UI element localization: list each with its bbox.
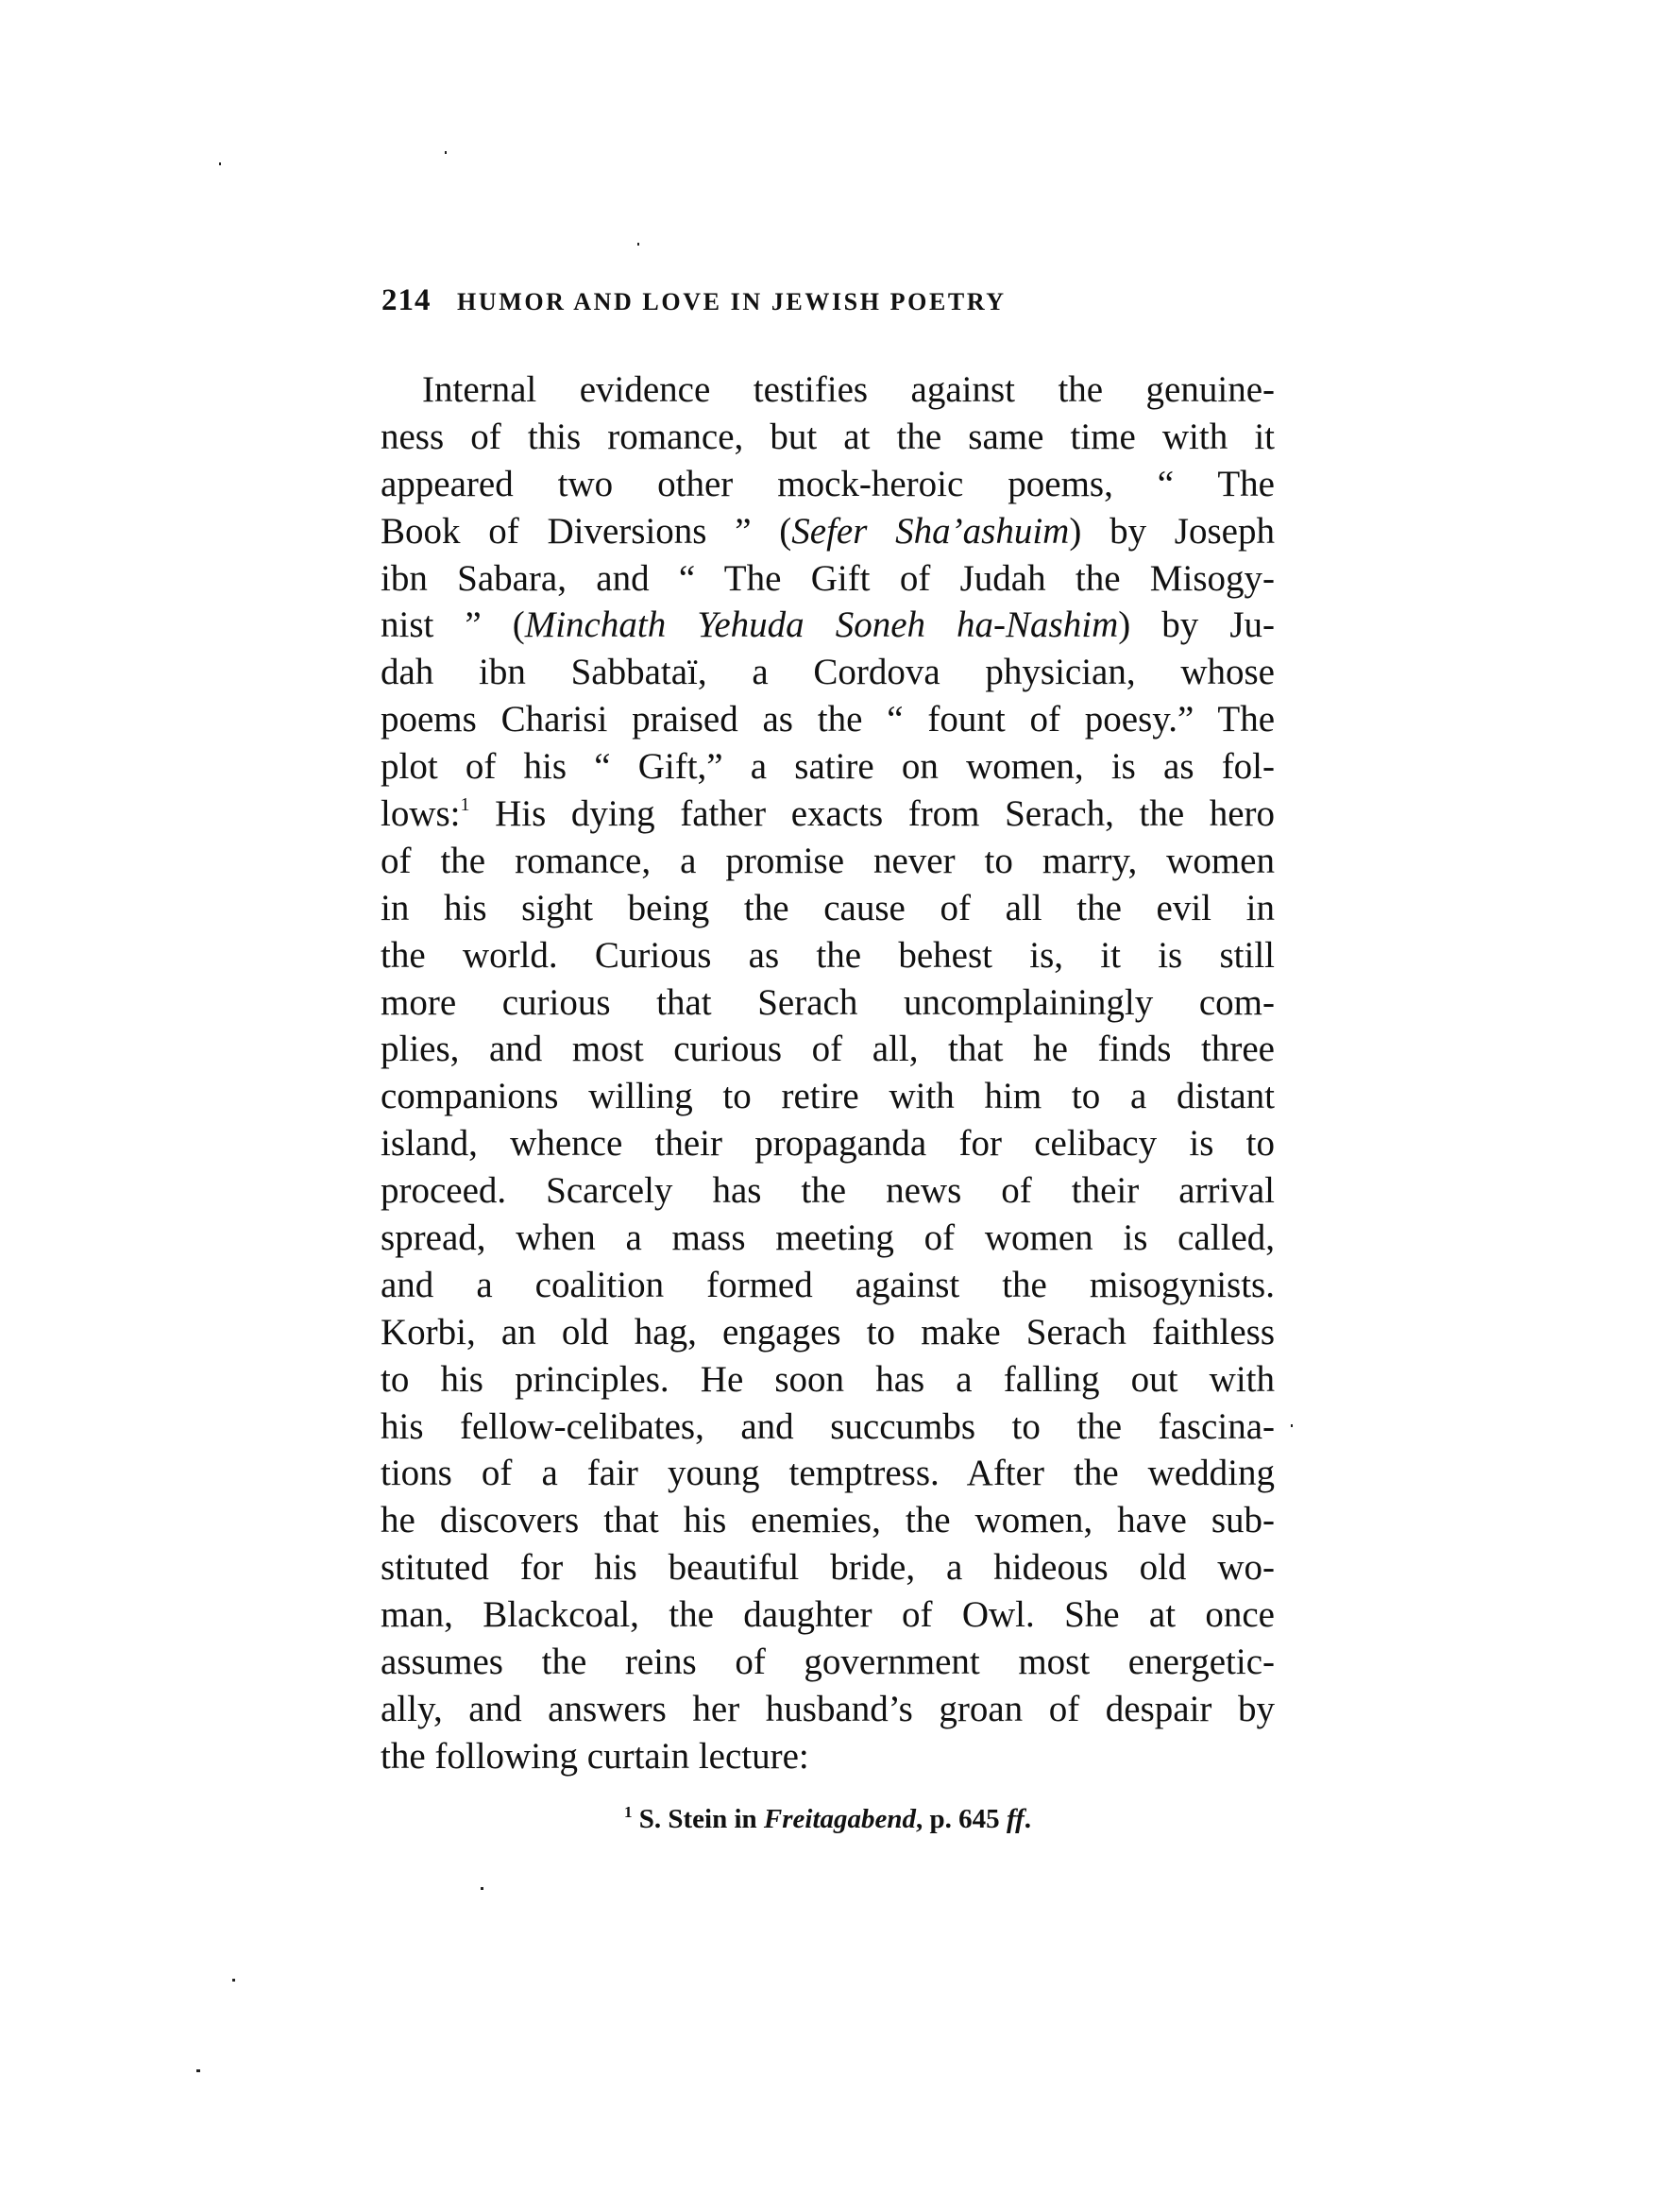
text-line: man, Blackcoal, the daughter of Owl. She… xyxy=(381,1591,1275,1639)
text-run: the world. Curious as the behest is, it … xyxy=(381,935,1275,976)
text-line: ness of this romance, but at the same ti… xyxy=(381,414,1275,461)
book-page: 214 Humor and Love in Jewish Poetry Inte… xyxy=(0,0,1660,2212)
text-run: . xyxy=(1025,1804,1031,1834)
text-line: dah ibn Sabbataï, a Cordova physician, w… xyxy=(381,649,1275,696)
text-line: spread, when a mass meeting of women is … xyxy=(381,1215,1275,1262)
scan-speck xyxy=(481,1887,483,1890)
text-line: plies, and most curious of all, that he … xyxy=(381,1026,1275,1073)
text-line: appeared two other mock-heroic poems, “ … xyxy=(381,461,1275,508)
text-run: poems Charisi praised as the “ fount of … xyxy=(381,699,1275,740)
text-run: companions willing to retire with him to… xyxy=(381,1076,1275,1116)
text-line: his fellow-celibates, and succumbs to th… xyxy=(381,1404,1275,1451)
scan-speck xyxy=(219,162,221,165)
text-line: Internal evidence testifies against the … xyxy=(381,366,1275,414)
text-line: proceed. Scarcely has the news of their … xyxy=(381,1167,1275,1215)
text-run: ally, and answers her husband’s groan of… xyxy=(381,1689,1275,1729)
text-run: to his principles. He soon has a falling… xyxy=(381,1359,1275,1400)
text-line: ibn Sabara, and “ The Gift of Judah the … xyxy=(381,555,1275,603)
text-run: ) by Joseph xyxy=(1069,511,1275,552)
scan-speck xyxy=(196,2069,200,2072)
text-run: more curious that Serach uncomplainingly… xyxy=(381,982,1275,1023)
text-line: the following curtain lecture: xyxy=(381,1733,1275,1780)
text-run: , p. 645 xyxy=(916,1804,1007,1834)
footnote-reference: 1 xyxy=(461,794,470,815)
text-run: Book of Diversions ” ( xyxy=(381,511,791,552)
text-run: spread, when a mass meeting of women is … xyxy=(381,1217,1275,1258)
scan-speck xyxy=(232,1979,235,1982)
italic-title: Sefer Sha’ashuim xyxy=(791,511,1069,552)
text-run: plot of his “ Gift,” a satire on women, … xyxy=(381,746,1275,787)
text-line: poems Charisi praised as the “ fount of … xyxy=(381,696,1275,743)
running-title: Humor and Love in Jewish Poetry xyxy=(457,283,1007,321)
running-head: 214 Humor and Love in Jewish Poetry xyxy=(381,280,1275,321)
text-line: tions of a fair young temptress. After t… xyxy=(381,1450,1275,1497)
text-run: the following curtain lecture: xyxy=(381,1736,809,1777)
text-run: his fellow-celibates, and succumbs to th… xyxy=(381,1406,1275,1447)
text-run: Internal evidence testifies against the … xyxy=(422,369,1275,410)
body-paragraph: Internal evidence testifies against the … xyxy=(381,366,1275,1780)
text-run: dah ibn Sabbataï, a Cordova physician, w… xyxy=(381,652,1275,692)
text-line: stituted for his beautiful bride, a hide… xyxy=(381,1544,1275,1591)
footnote: 1 S. Stein in Freitagabend, p. 645 ff. xyxy=(381,1800,1275,1838)
footnote-text: S. Stein in Freitagabend, p. 645 ff. xyxy=(633,1804,1031,1834)
scan-speck xyxy=(445,151,447,154)
text-run: tions of a fair young temptress. After t… xyxy=(381,1453,1275,1493)
italic-title: Minchath Yehuda Soneh ha-Nashim xyxy=(525,604,1119,645)
text-line: ally, and answers her husband’s groan of… xyxy=(381,1686,1275,1733)
text-run: man, Blackcoal, the daughter of Owl. She… xyxy=(381,1594,1275,1635)
text-line: lows:1 His dying father exacts from Sera… xyxy=(381,791,1275,838)
italic-title: Freitagabend xyxy=(764,1804,916,1834)
scan-speck xyxy=(637,243,639,246)
text-line: he discovers that his enemies, the women… xyxy=(381,1497,1275,1544)
text-line: of the romance, a promise never to marry… xyxy=(381,838,1275,885)
text-run: in his sight being the cause of all the … xyxy=(381,888,1275,928)
text-run: His dying father exacts from Serach, the… xyxy=(470,793,1275,834)
text-line: Book of Diversions ” (Sefer Sha’ashuim) … xyxy=(381,508,1275,555)
italic-title: ff xyxy=(1007,1804,1025,1834)
text-line: to his principles. He soon has a falling… xyxy=(381,1356,1275,1404)
footnote-marker: 1 xyxy=(624,1803,633,1821)
scan-speck xyxy=(1291,1424,1293,1427)
text-line: assumes the reins of government most ene… xyxy=(381,1639,1275,1686)
text-line: and a coalition formed against the misog… xyxy=(381,1262,1275,1309)
text-line: more curious that Serach uncomplainingly… xyxy=(381,979,1275,1027)
text-run: and a coalition formed against the misog… xyxy=(381,1265,1275,1305)
text-run: ) by Ju- xyxy=(1118,604,1275,645)
text-line: companions willing to retire with him to… xyxy=(381,1073,1275,1120)
text-run: assumes the reins of government most ene… xyxy=(381,1642,1275,1682)
text-run: ness of this romance, but at the same ti… xyxy=(381,417,1275,457)
text-run: Korbi, an old hag, engages to make Serac… xyxy=(381,1312,1275,1353)
page-number: 214 xyxy=(381,280,432,321)
text-line: the world. Curious as the behest is, it … xyxy=(381,932,1275,979)
text-run: he discovers that his enemies, the women… xyxy=(381,1500,1275,1540)
text-run: proceed. Scarcely has the news of their … xyxy=(381,1170,1275,1211)
text-run: lows: xyxy=(381,793,461,834)
text-line: plot of his “ Gift,” a satire on women, … xyxy=(381,743,1275,791)
text-run: island, whence their propaganda for celi… xyxy=(381,1123,1275,1164)
text-run: nist ” ( xyxy=(381,604,525,645)
text-run: appeared two other mock-heroic poems, “ … xyxy=(381,464,1275,504)
text-line: Korbi, an old hag, engages to make Serac… xyxy=(381,1309,1275,1356)
text-line: in his sight being the cause of all the … xyxy=(381,885,1275,932)
text-run: S. Stein in xyxy=(633,1804,764,1834)
text-line: island, whence their propaganda for celi… xyxy=(381,1120,1275,1167)
text-run: of the romance, a promise never to marry… xyxy=(381,841,1275,881)
text-run: ibn Sabara, and “ The Gift of Judah the … xyxy=(381,558,1275,599)
text-line: nist ” (Minchath Yehuda Soneh ha-Nashim)… xyxy=(381,602,1275,649)
text-run: stituted for his beautiful bride, a hide… xyxy=(381,1547,1275,1588)
text-run: plies, and most curious of all, that he … xyxy=(381,1029,1275,1069)
